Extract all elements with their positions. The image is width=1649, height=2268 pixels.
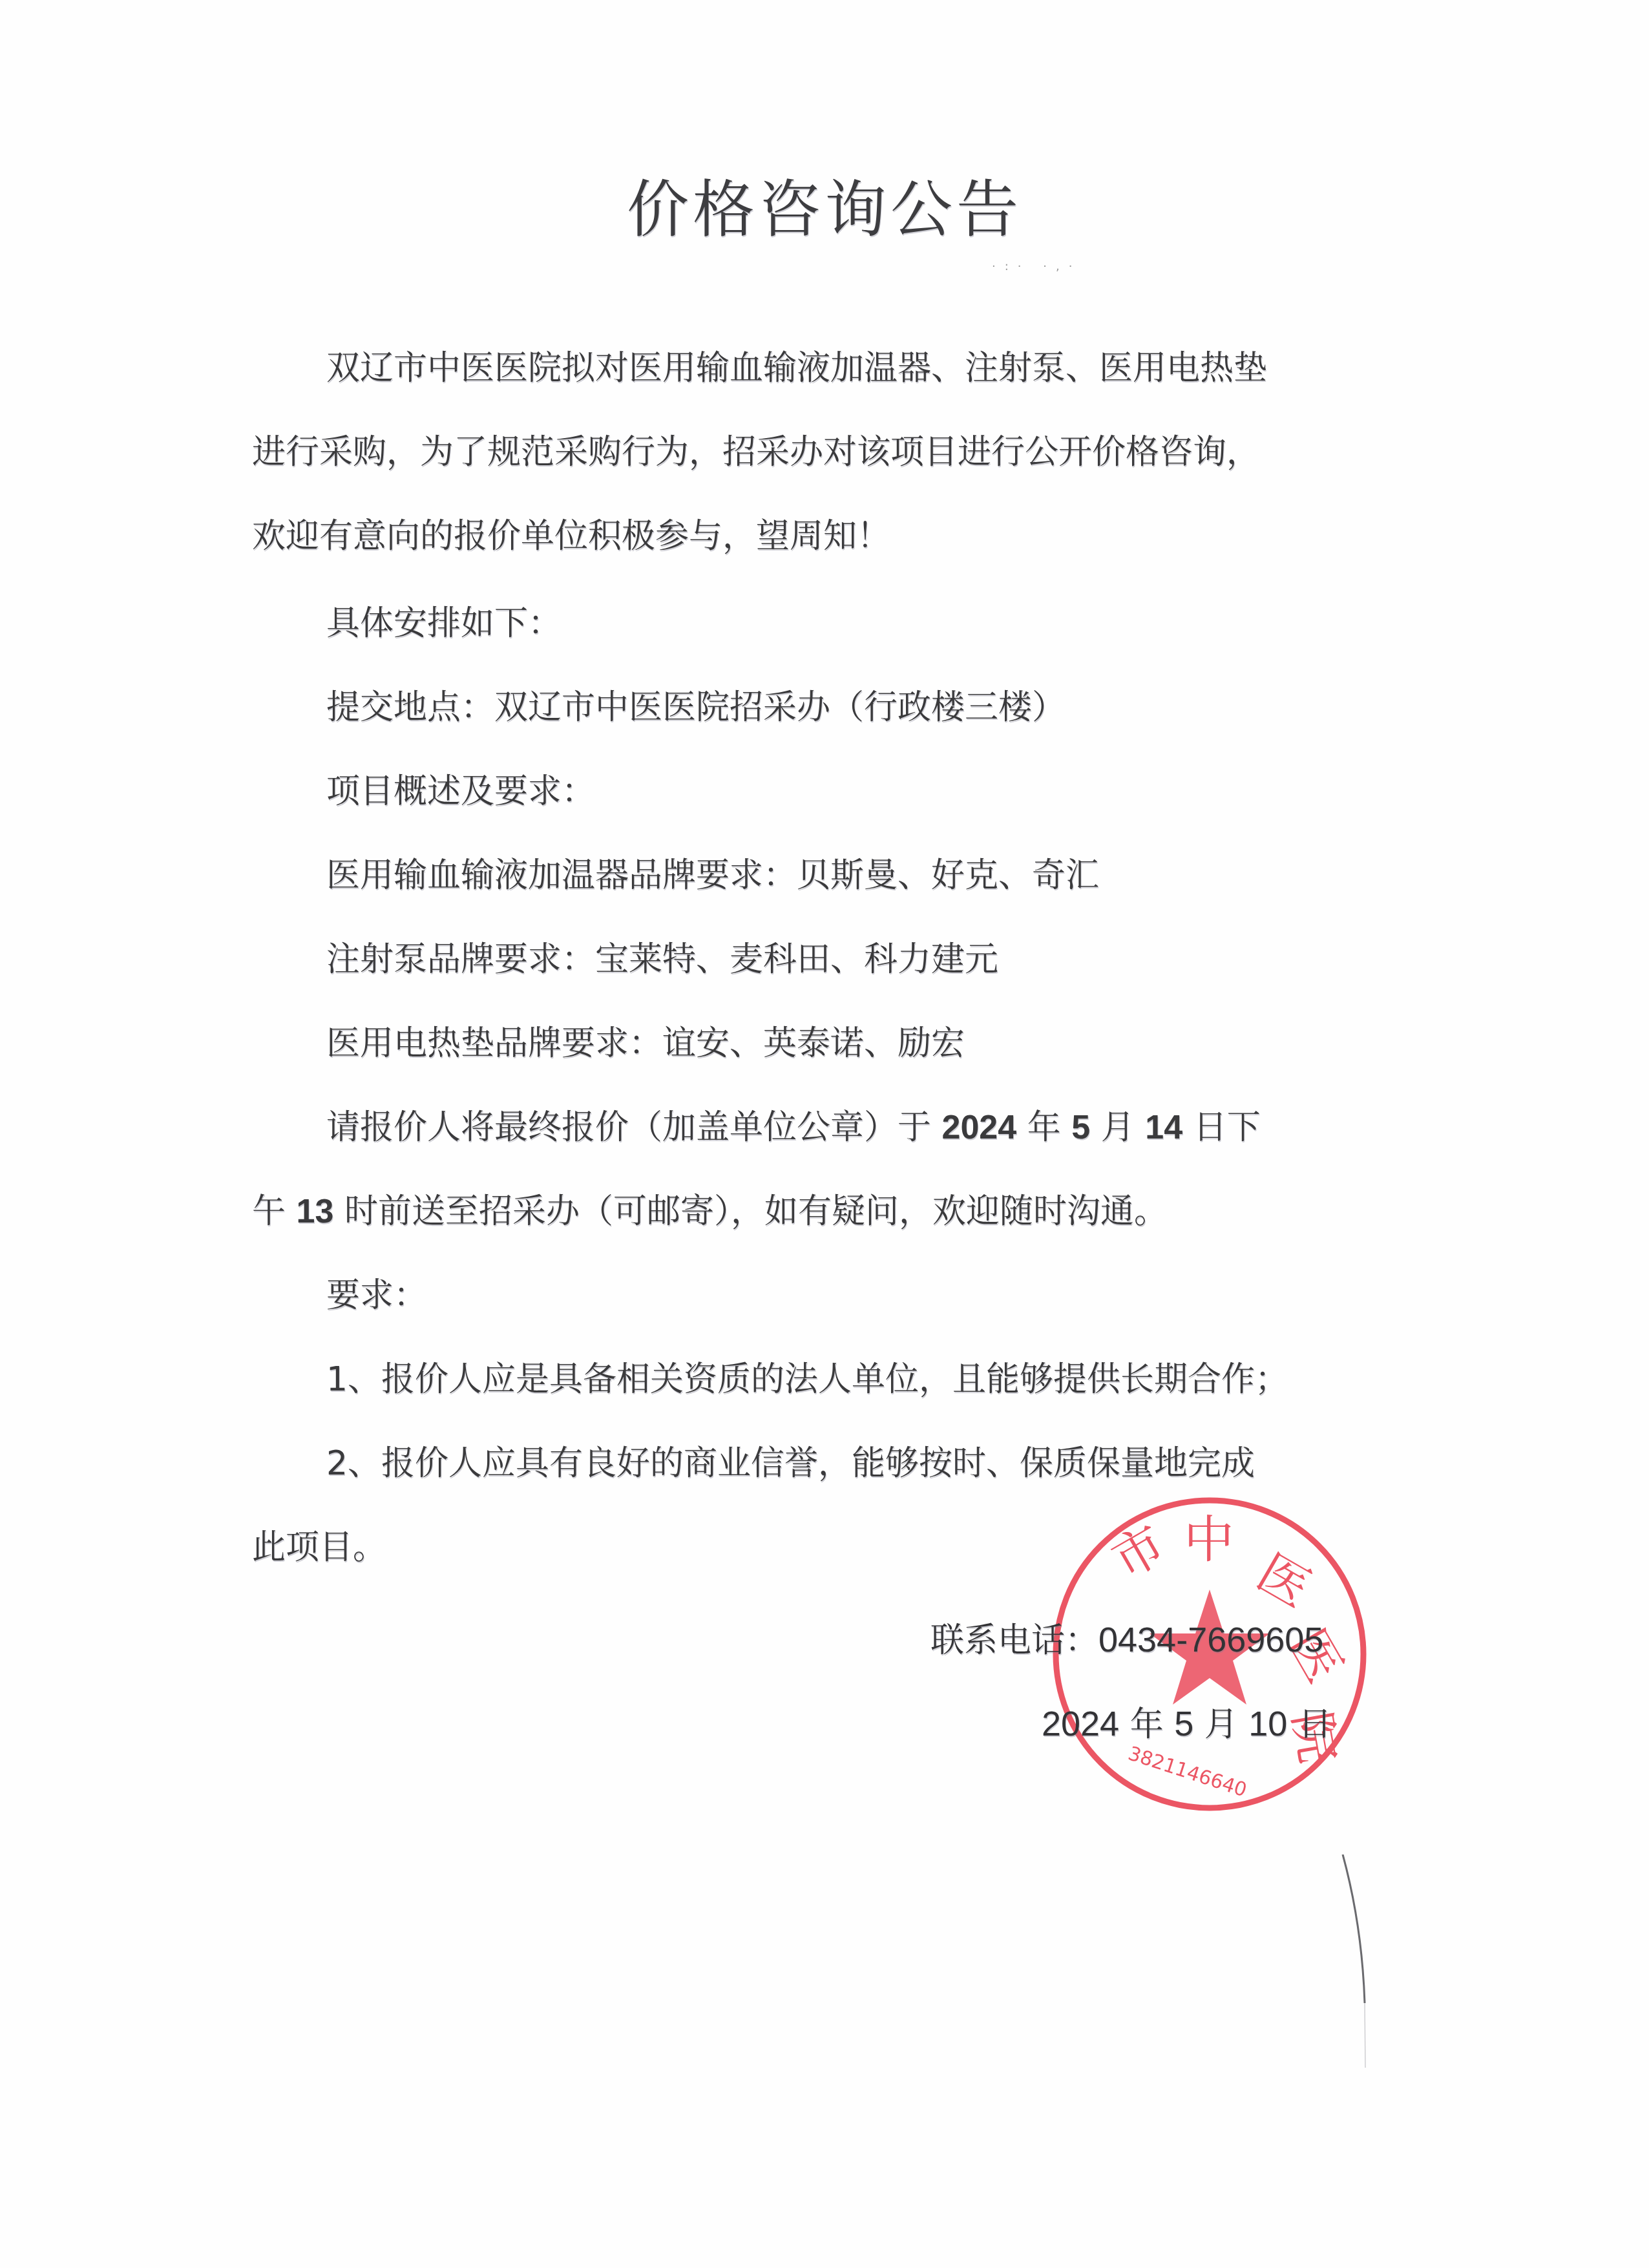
- signature-month: 5: [1174, 1705, 1193, 1743]
- year-unit: 年: [1119, 1705, 1174, 1744]
- month-unit: 月: [1193, 1705, 1248, 1744]
- svg-text:中: 中: [1184, 1511, 1234, 1570]
- month-unit: 月: [1090, 1108, 1145, 1147]
- deadline-prefix: 请报价人将最终报价（加盖单位公章）于: [326, 1108, 942, 1147]
- signature-year: 2024: [1042, 1705, 1119, 1743]
- requirement-item-2-continuation: 此项目。: [252, 1528, 386, 1567]
- scan-artifact: ·:· ·,·: [992, 260, 1081, 273]
- deadline-line-1: 请报价人将最终报价（加盖单位公章）于 2024 年 5 月 14 日下: [326, 1108, 1261, 1147]
- svg-text:3821146640: 3821146640: [1126, 1742, 1250, 1801]
- day-unit: 日下: [1182, 1108, 1261, 1147]
- deadline-line-2: 午 13 时前送至招采办（可邮寄），如有疑问，欢迎随时沟通。: [252, 1192, 1168, 1231]
- requirement-item-2: 2、报价人应具有良好的商业信誉，能够按时、保质保量地完成: [326, 1444, 1255, 1483]
- svg-text:市: 市: [1103, 1515, 1176, 1591]
- brand-requirement-heating-pad: 医用电热垫品牌要求：谊安、英泰诺、励宏: [326, 1024, 965, 1063]
- deadline-year: 2024: [942, 1109, 1017, 1146]
- project-overview-heading: 项目概述及要求：: [326, 772, 595, 811]
- signature-day: 10: [1248, 1705, 1287, 1743]
- arrangement-heading: 具体安排如下：: [326, 604, 562, 643]
- submission-location: 提交地点：双辽市中医医院招采办（行政楼三楼）: [326, 688, 1066, 727]
- paragraph-line: 双辽市中医医院拟对医用输血输液加温器、注射泵、医用电热垫: [326, 349, 1267, 388]
- paragraph-line: 进行采购，为了规范采购行为，招采办对该项目进行公开价格咨询，: [252, 433, 1260, 472]
- contact-phone-line: 联系电话：0434-7669605: [930, 1621, 1323, 1660]
- contact-phone: 0434-7669605: [1098, 1621, 1323, 1659]
- page-title: 价格咨询公告: [0, 160, 1649, 249]
- year-unit: 年: [1016, 1108, 1071, 1147]
- brand-requirement-syringe-pump: 注射泵品牌要求：宝莱特、麦科田、科力建元: [326, 940, 998, 979]
- deadline-line2-suffix: 时前送至招采办（可邮寄），如有疑问，欢迎随时沟通。: [333, 1192, 1168, 1231]
- scan-artifact-line: [1338, 1854, 1376, 2068]
- deadline-hour: 13: [297, 1193, 334, 1230]
- paragraph-line: 欢迎有意向的报价单位积极参与，望周知！: [252, 517, 890, 556]
- brand-requirement-warmer: 医用输血输液加温器品牌要求：贝斯曼、好克、奇汇: [326, 856, 1099, 895]
- deadline-line2-prefix: 午: [252, 1192, 297, 1231]
- signature-date: 2024 年 5 月 10 日: [1042, 1705, 1332, 1744]
- day-unit: 日: [1287, 1705, 1332, 1744]
- requirements-heading: 要求：: [326, 1276, 427, 1315]
- svg-text:医: 医: [1248, 1544, 1321, 1619]
- requirement-item-1: 1、报价人应是具备相关资质的法人单位，且能够提供长期合作；: [326, 1360, 1288, 1399]
- document-page: 价格咨询公告 ·:· ·,· 双辽市中医医院拟对医用输血输液加温器、注射泵、医用…: [0, 0, 1649, 2268]
- contact-label: 联系电话：: [930, 1621, 1098, 1660]
- deadline-day: 14: [1145, 1109, 1182, 1146]
- deadline-month: 5: [1071, 1109, 1090, 1146]
